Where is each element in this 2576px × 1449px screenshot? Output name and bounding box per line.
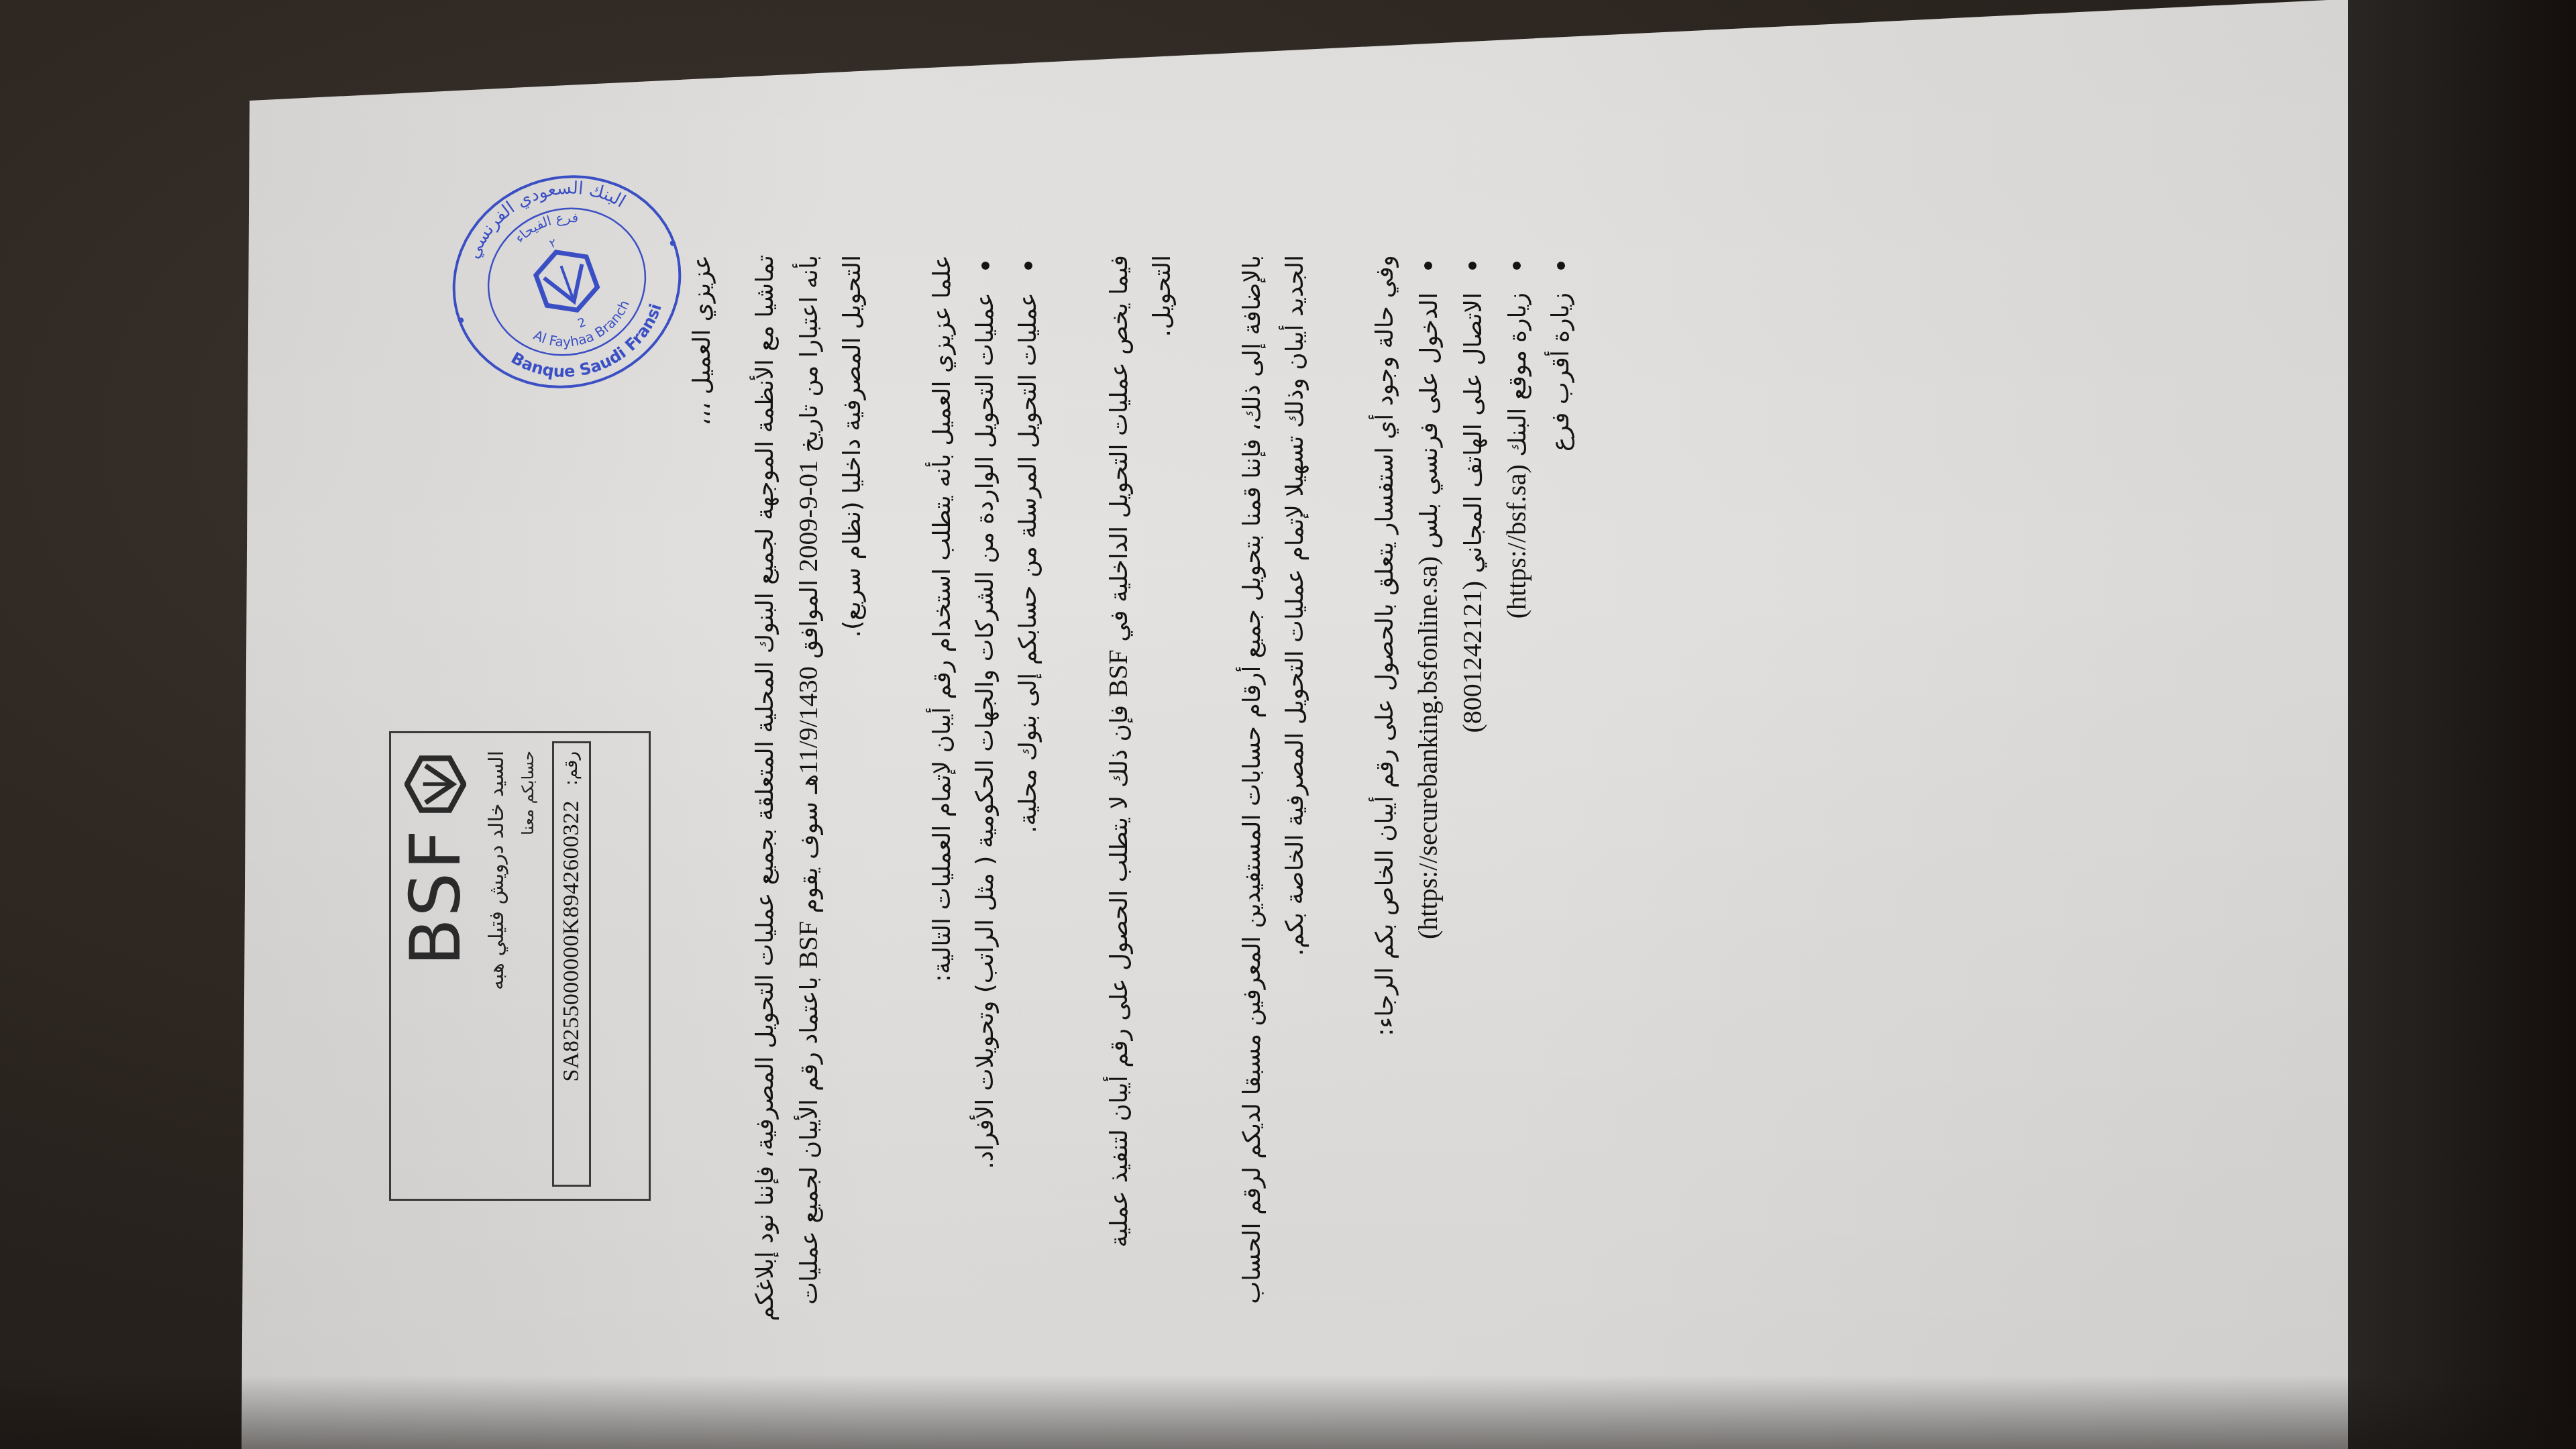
background-fabric-edge bbox=[2348, 0, 2576, 1449]
internal-transfer-section: فيما يخص عمليات التحويل الداخلية في BSF … bbox=[1097, 255, 1184, 1322]
paragraph-internal-transfer: فيما يخص عمليات التحويل الداخلية في BSF … bbox=[1097, 255, 1184, 1322]
stamp-number-arabic: ٢ bbox=[547, 236, 558, 252]
online-banking-link[interactable]: (https://securebanking.bsfonline.sa) bbox=[1413, 556, 1443, 939]
stamp-arabic-name: البنك السعودي الفرنسي bbox=[449, 155, 633, 266]
contact-section: وفي حالة وجود أي استفسار يتعلق بالحصول ع… bbox=[1364, 255, 1582, 1322]
account-label: حسابكم معنا bbox=[519, 751, 537, 835]
list-item-nearest-branch: زيارة أقرب فرع bbox=[1540, 292, 1582, 1322]
paragraph-3-text-a: فيما يخص عمليات التحويل الداخلية في bbox=[1106, 255, 1133, 649]
online-banking-label: الدخول على فرنسي بلس bbox=[1415, 292, 1443, 556]
contact-intro: وفي حالة وجود أي استفسار يتعلق بالحصول ع… bbox=[1364, 255, 1407, 1322]
stamp-number-latin: 2 bbox=[576, 315, 588, 331]
letter-body: عزيزي العميل ،،، تماشيا مع الأنظمة الموج… bbox=[681, 255, 1582, 1322]
list-item-online-banking: الدخول على فرنسي بلس (https://securebank… bbox=[1407, 292, 1451, 1322]
list-item: عمليات التحويل الواردة من الشركات والجها… bbox=[964, 292, 1007, 1322]
effective-date-gregorian: 2009-9-01 bbox=[793, 460, 823, 572]
iban-box: رقم: SA8255000000K8942600322 bbox=[552, 741, 591, 1187]
paragraph-iban-adoption: تماشيا مع الأنظمة الموجهة لجميع البنوك ا… bbox=[744, 255, 874, 1322]
list-item-toll-free-phone: الاتصال على الهاتف المجاني (8001242121) bbox=[1451, 292, 1495, 1322]
bank-letter: BSF السيد خالد درويش فتيلي هبه حسابكم مع… bbox=[376, 148, 1717, 1409]
bsf-hexagon-logo-icon bbox=[405, 753, 466, 815]
bank-logo-text: BSF bbox=[400, 827, 470, 966]
paragraph-beneficiaries: بالإضافة إلى ذلك، فإننا قمنا بتحويل جميع… bbox=[1231, 255, 1317, 1322]
nearest-branch-label: زيارة أقرب فرع bbox=[1547, 292, 1574, 451]
bank-website-link[interactable]: (https://bsf.sa) bbox=[1501, 464, 1532, 619]
bank-code: BSF bbox=[793, 921, 823, 969]
list-item: عمليات التحويل المرسلة من حسابكم إلى بنو… bbox=[1007, 292, 1050, 1322]
customer-header-box: BSF السيد خالد درويش فتيلي هبه حسابكم مع… bbox=[389, 731, 651, 1201]
iban-required-intro: علما عزيزي العميل بأنه يتطلب استخدام رقم… bbox=[921, 255, 964, 1322]
bank-branch-stamp: البنك السعودي الفرنسي Banque Saudi Frans… bbox=[415, 136, 718, 427]
toll-free-number: (8001242121) bbox=[1457, 581, 1487, 733]
bank-logo: BSF bbox=[400, 753, 470, 966]
iban-value: SA8255000000K8942600322 bbox=[559, 800, 584, 1082]
paragraph-1-text-b: الموافق bbox=[796, 572, 823, 667]
paragraph-1-text-c: هـ سوف يقوم bbox=[796, 774, 823, 921]
contact-list: الدخول على فرنسي بلس (https://securebank… bbox=[1407, 255, 1582, 1322]
beneficiaries-section: بالإضافة إلى ذلك، فإننا قمنا بتحويل جميع… bbox=[1231, 255, 1317, 1322]
list-item-bank-website: زيارة موقع البنك (https://bsf.sa) bbox=[1495, 292, 1540, 1322]
greeting: عزيزي العميل ،،، bbox=[681, 255, 724, 1322]
iban-required-list: عمليات التحويل الواردة من الشركات والجها… bbox=[964, 255, 1050, 1322]
toll-free-label: الاتصال على الهاتف المجاني bbox=[1460, 292, 1487, 581]
bank-code: BSF bbox=[1103, 649, 1133, 697]
bank-website-label: زيارة موقع البنك bbox=[1504, 292, 1532, 464]
iban-label: رقم: bbox=[561, 751, 582, 786]
customer-name: السيد خالد درويش فتيلي هبه bbox=[485, 751, 508, 990]
iban-required-section: علما عزيزي العميل بأنه يتطلب استخدام رقم… bbox=[921, 255, 1050, 1322]
stamp-hexagon-logo-icon bbox=[531, 243, 602, 319]
effective-date-hijri: 11/9/1430 bbox=[793, 666, 823, 774]
